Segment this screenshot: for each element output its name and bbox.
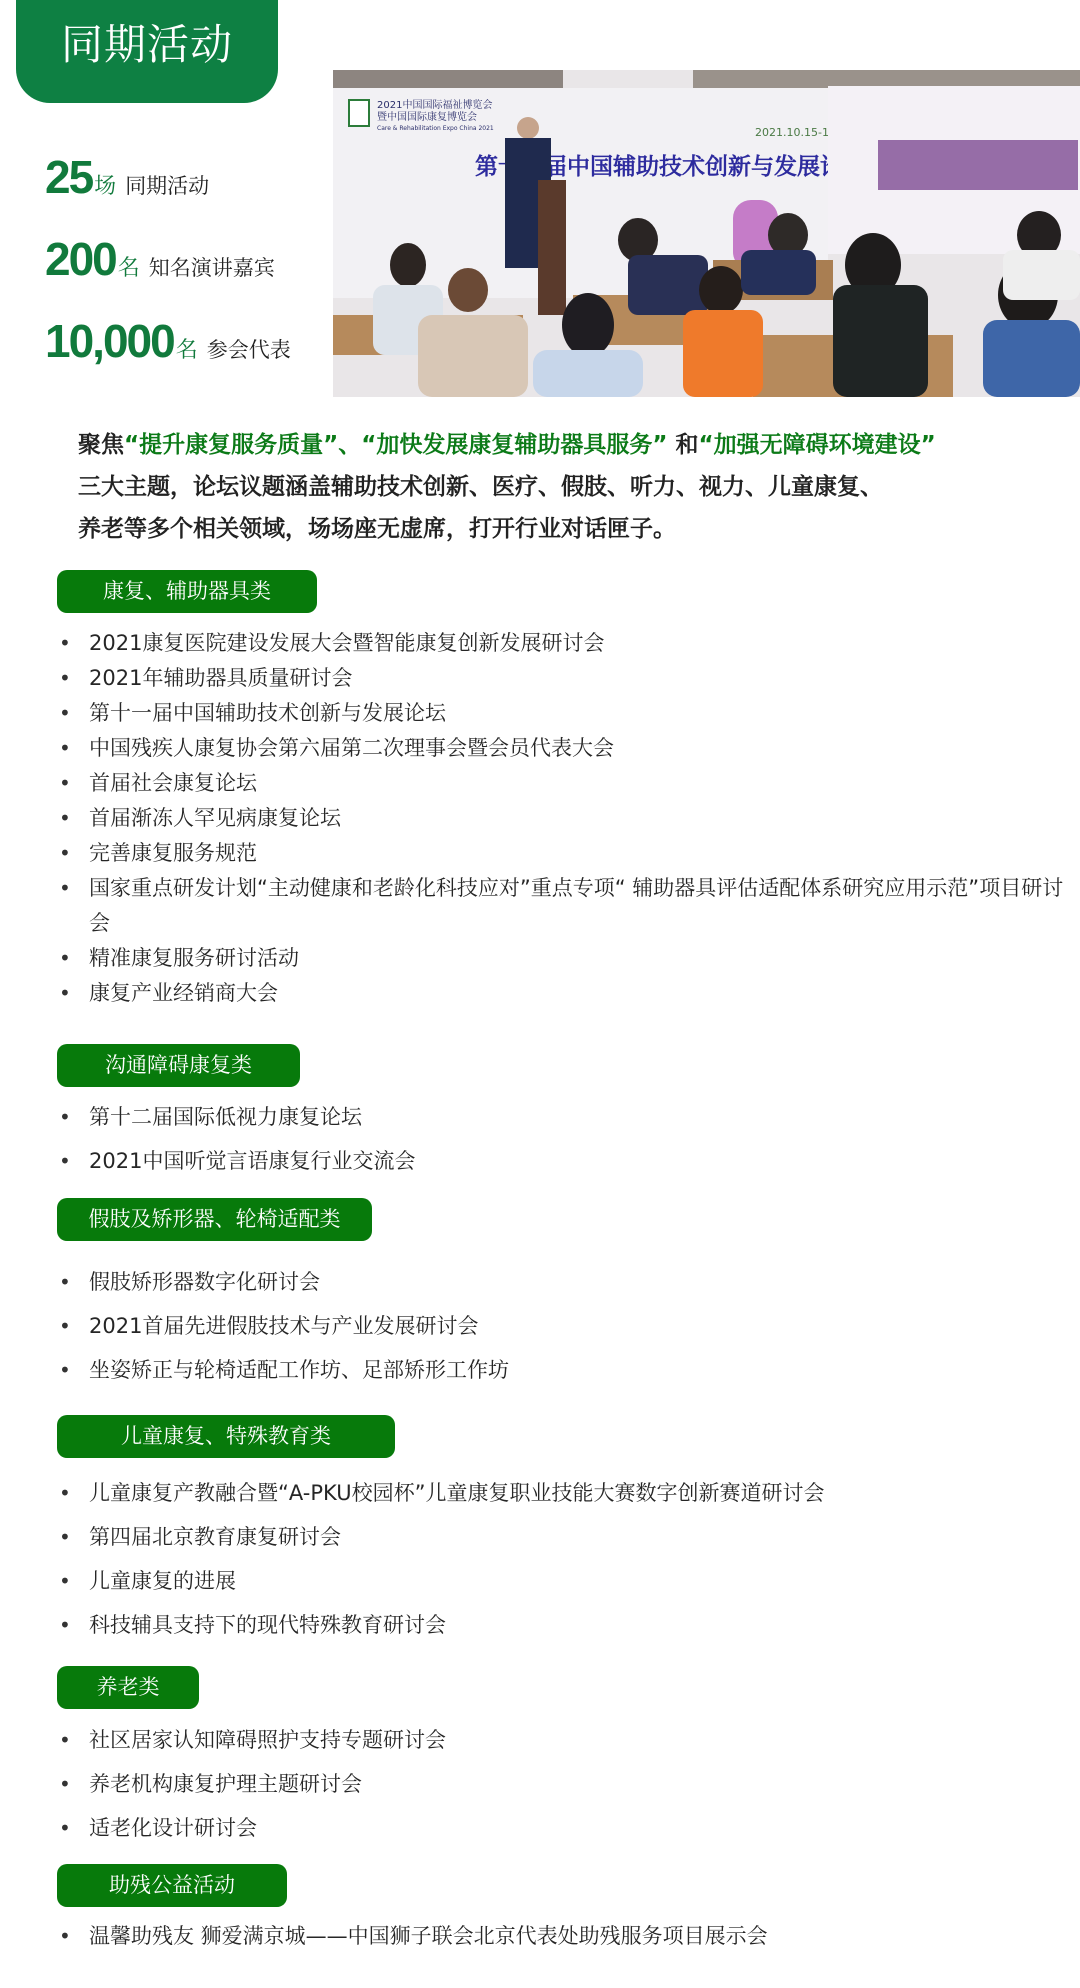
theme-1: “提升康复服务质量”、 [124, 432, 361, 458]
category-list-rehab-devices: 2021康复医院建设发展大会暨智能康复创新发展研讨会 2021年辅助器具质量研讨… [57, 626, 1057, 1011]
stat-speakers: 200 名 知名演讲嘉宾 [45, 232, 291, 314]
intro-prefix: 聚焦 [78, 432, 124, 458]
list-item: 假肢矫形器数字化研讨会 [57, 1260, 1057, 1304]
banner-line2: 暨中国国际康复博览会 [377, 110, 477, 123]
theme-3: “加强无障碍环境建设” [698, 432, 935, 458]
list-item: 坐姿矫正与轮椅适配工作坊、足部矫形工作坊 [57, 1348, 1057, 1392]
stat-events: 25 场 同期活动 [45, 150, 291, 232]
intro-joiner: 和 [667, 432, 698, 458]
list-item: 儿童康复的进展 [57, 1559, 1057, 1603]
intro-line-3: 养老等多个相关领域，场场座无虚席，打开行业对话匣子。 [78, 508, 1058, 550]
category-list-communication: 第十二届国际低视力康复论坛 2021中国听觉言语康复行业交流会 [57, 1095, 1057, 1183]
category-pill-communication: 沟通障碍康复类 [57, 1044, 300, 1087]
list-item: 首届社会康复论坛 [57, 766, 1057, 801]
list-item: 首届渐冻人罕见病康复论坛 [57, 801, 1057, 836]
list-item: 温馨助残友 狮爱满京城——中国狮子联会北京代表处助残服务项目展示会 [57, 1914, 1057, 1958]
list-item: 中国残疾人康复协会第六届第二次理事会暨会员代表大会 [57, 731, 1057, 766]
intro-line-1: 聚焦“提升康复服务质量”、“加快发展康复辅助器具服务” 和“加强无障碍环境建设” [78, 424, 1058, 466]
stat-unit: 场 [94, 169, 116, 200]
intro-paragraph: 聚焦“提升康复服务质量”、“加快发展康复辅助器具服务” 和“加强无障碍环境建设”… [78, 424, 1058, 550]
category-pill-children: 儿童康复、特殊教育类 [57, 1415, 395, 1458]
banner-line3: Care & Rehabilitation Expo China 2021 [377, 125, 494, 132]
category-list-prosthetics: 假肢矫形器数字化研讨会 2021首届先进假肢技术与产业发展研讨会 坐姿矫正与轮椅… [57, 1260, 1057, 1392]
stat-label: 知名演讲嘉宾 [149, 252, 275, 282]
category-pill-rehab-devices: 康复、辅助器具类 [57, 570, 317, 613]
list-item: 适老化设计研讨会 [57, 1806, 1057, 1850]
stat-number: 200 [45, 232, 116, 286]
stat-number: 10,000 [45, 314, 174, 368]
list-item: 儿童康复产教融合暨“A-PKU校园杯”儿童康复职业技能大赛数字创新赛道研讨会 [57, 1471, 1057, 1515]
list-item: 康复产业经销商大会 [57, 976, 1057, 1011]
stat-attendees: 10,000 名 参会代表 [45, 314, 291, 396]
list-item: 第十二届国际低视力康复论坛 [57, 1095, 1057, 1139]
conference-photo: 2021中国国际福祉博览会 暨中国国际康复博览会 Care & Rehabili… [333, 70, 1080, 397]
stats-block: 25 场 同期活动 200 名 知名演讲嘉宾 10,000 名 参会代表 [45, 150, 291, 396]
list-item: 2021首届先进假肢技术与产业发展研讨会 [57, 1304, 1057, 1348]
category-list-charity: 温馨助残友 狮爱满京城——中国狮子联会北京代表处助残服务项目展示会 [57, 1914, 1057, 1958]
list-item: 第四届北京教育康复研讨会 [57, 1515, 1057, 1559]
intro-line-2: 三大主题，论坛议题涵盖辅助技术创新、医疗、假肢、听力、视力、儿童康复、 [78, 466, 1058, 508]
stat-label: 同期活动 [125, 170, 209, 200]
section-title-badge: 同期活动 [16, 0, 278, 103]
category-pill-elderly: 养老类 [57, 1666, 199, 1709]
list-item: 养老机构康复护理主题研讨会 [57, 1762, 1057, 1806]
stat-unit: 名 [118, 251, 140, 282]
category-list-children: 儿童康复产教融合暨“A-PKU校园杯”儿童康复职业技能大赛数字创新赛道研讨会 第… [57, 1471, 1057, 1647]
list-item: 科技辅具支持下的现代特殊教育研讨会 [57, 1603, 1057, 1647]
list-item: 完善康复服务规范 [57, 836, 1057, 871]
list-item: 2021年辅助器具质量研讨会 [57, 661, 1057, 696]
list-item: 2021康复医院建设发展大会暨智能康复创新发展研讨会 [57, 626, 1057, 661]
stat-unit: 名 [176, 333, 198, 364]
category-list-elderly: 社区居家认知障碍照护支持专题研讨会 养老机构康复护理主题研讨会 适老化设计研讨会 [57, 1718, 1057, 1850]
list-item: 国家重点研发计划“主动健康和老龄化科技应对”重点专项“ 辅助器具评估适配体系研究… [57, 871, 1069, 941]
list-item: 2021中国听觉言语康复行业交流会 [57, 1139, 1057, 1183]
banner-line1: 2021中国国际福祉博览会 [377, 98, 492, 111]
list-item: 第十一届中国辅助技术创新与发展论坛 [57, 696, 1057, 731]
list-item: 精准康复服务研讨活动 [57, 941, 1057, 976]
category-pill-prosthetics: 假肢及矫形器、轮椅适配类 [57, 1198, 372, 1241]
category-pill-charity: 助残公益活动 [57, 1864, 287, 1907]
list-item: 社区居家认知障碍照护支持专题研讨会 [57, 1718, 1057, 1762]
stat-number: 25 [45, 150, 92, 204]
theme-2: “加快发展康复辅助器具服务” [361, 432, 667, 458]
banner-date: 2021.10.15-17 [755, 126, 836, 139]
stat-label: 参会代表 [207, 334, 291, 364]
